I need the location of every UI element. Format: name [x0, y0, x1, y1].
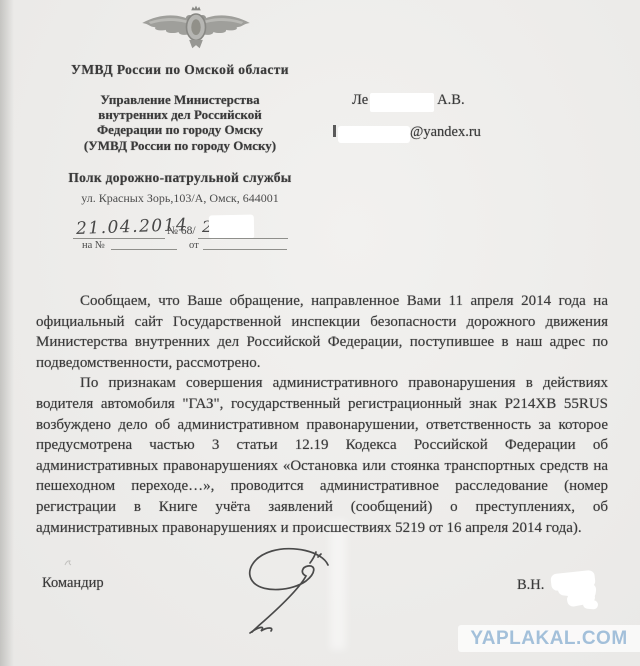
- email-domain: @yandex.ru: [410, 124, 481, 140]
- yaplakal-watermark: YAPLAKAL.COM: [458, 625, 640, 652]
- email-letter-fragment: [333, 125, 336, 137]
- outgoing-number-label: № 68/: [167, 225, 196, 237]
- unit-name: Полк дорожно-патрульной службы: [30, 170, 330, 186]
- handwritten-signature: [234, 543, 346, 637]
- scanned-letter: УМВД России по Омской области Управление…: [0, 0, 640, 666]
- number-underline: [198, 238, 288, 239]
- date-underline: [73, 238, 165, 239]
- redaction-block: [209, 215, 254, 240]
- org-line: внутренних дел Российской: [42, 107, 318, 122]
- stray-ink-mark: [63, 559, 73, 567]
- mvd-double-headed-eagle-icon: [136, 4, 256, 62]
- body-paragraph-1: Сообщаем, что Ваше обращение, направленн…: [36, 291, 608, 373]
- redaction-block: [370, 93, 434, 112]
- org-line: Федерации по городу Омску: [42, 122, 318, 137]
- recipient-name-prefix: Ле: [352, 92, 368, 108]
- recipient-email: @yandex.ru: [333, 124, 481, 141]
- reply-number-underline: [111, 249, 177, 250]
- org-name-block: Управление Министерства внутренних дел Р…: [42, 92, 318, 153]
- reply-to-number-label: на №: [82, 240, 105, 251]
- org-line: (УМВД России по городу Омску): [42, 138, 318, 153]
- signer-title: Командир: [42, 575, 104, 592]
- signer-initials: В.Н.: [517, 577, 544, 594]
- org-address: ул. Красных Зорь,103/А, Омск, 644001: [30, 191, 330, 206]
- scan-edge-shadow: [0, 0, 14, 666]
- org-line: Управление Министерства: [42, 92, 318, 107]
- redaction-block: [338, 126, 410, 143]
- reply-date-underline: [203, 249, 287, 250]
- redaction-scribble: [583, 599, 599, 609]
- recipient-name: ЛеА.В.: [352, 92, 465, 109]
- recipient-initials: А.В.: [437, 92, 464, 108]
- reply-date-label: от: [189, 240, 199, 251]
- body-paragraph-2: По признакам совершения административног…: [36, 373, 608, 538]
- org-region-title: УМВД России по Омской области: [30, 62, 330, 78]
- letter-body: Сообщаем, что Ваше обращение, направленн…: [36, 291, 608, 538]
